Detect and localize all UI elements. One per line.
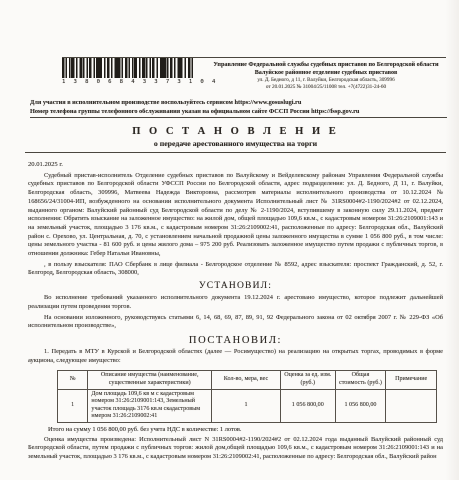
total-line: Итого на сумму 1 056 800,00 руб. без уче… [28,426,443,435]
heading-ustanovil: УСТАНОВИЛ: [28,281,443,292]
table-row: 1 Дом площадь 109,6 кв м с кадастровым н… [58,389,437,422]
barcode-bars-icon [62,58,193,78]
cell-note [386,389,437,422]
col-header-note: Примечание [386,371,437,389]
title-rule [25,152,446,153]
header-bottom-rule [30,117,447,118]
col-header-description: Описание имущества (наименование, сущест… [88,371,212,389]
doc-title: П О С Т А Н О В Л Е Н И Е [28,126,443,138]
org-name: Управление Федеральной службы судебных п… [205,61,447,69]
paragraph-executor: Судебный пристав-исполнитель Отделение с… [28,172,443,259]
property-table: № Описание имущества (наименование, суще… [57,370,437,423]
barcode: 1 3 8 0 6 8 4 3 3 7 3 1 0 4 [62,58,193,85]
heading-postanovil: ПОСТАНОВИЛ: [28,335,443,346]
cell-unit-price: 1 056 800,00 [280,389,335,422]
letterhead: Управление Федеральной службы судебных п… [205,61,447,91]
barcode-digits: 1 3 8 0 6 8 4 3 3 7 3 1 0 4 [62,79,193,85]
col-header-unit-price: Оценка за ед. изм. (руб.) [280,371,335,389]
paragraph-seizure: Во исполнение требований указанного испо… [28,294,443,311]
doc-subtitle: о передаче арестованного имущества на то… [28,139,443,149]
cell-total: 1 056 800,00 [335,389,386,422]
cell-description: Дом площадь 109,6 кв м с кадастровым ном… [88,389,212,422]
document-body: П О С Т А Н О В Л Е Н И Е о передаче аре… [28,124,443,462]
cell-number: 1 [58,389,88,422]
paragraph-creditor: , в пользу взыскателя: ПАО Сбербанк в ли… [28,261,443,278]
gosuslugi-note: Для участия в исполнительном производств… [30,99,445,106]
col-header-quantity: Кол-во, мера, вес [212,371,281,389]
paragraph-legal-basis: На основании изложенного, руководствуясь… [28,314,443,331]
table-header-row: № Описание имущества (наименование, суще… [58,371,437,389]
reference-line: от 20.01.2025 № 31004/25/11008 тел. +7(4… [205,84,447,91]
col-header-total: Общая стоимость (руб.) [335,371,386,389]
cell-quantity: 1 [212,389,281,422]
paragraph-transfer-order: 1. Передать в МТУ в Курской и Белгородск… [28,348,443,365]
document-page: 1 3 8 0 6 8 4 3 3 7 3 1 0 4 Управление Ф… [0,0,459,480]
date-line: 20.01.2025 г. [28,161,443,170]
col-header-number: № [58,371,88,389]
phone-note: Номер телефона группы телефонного обслуж… [30,108,445,115]
valuation-paragraph: Оценка имущества произведена: Исполнител… [28,436,443,462]
